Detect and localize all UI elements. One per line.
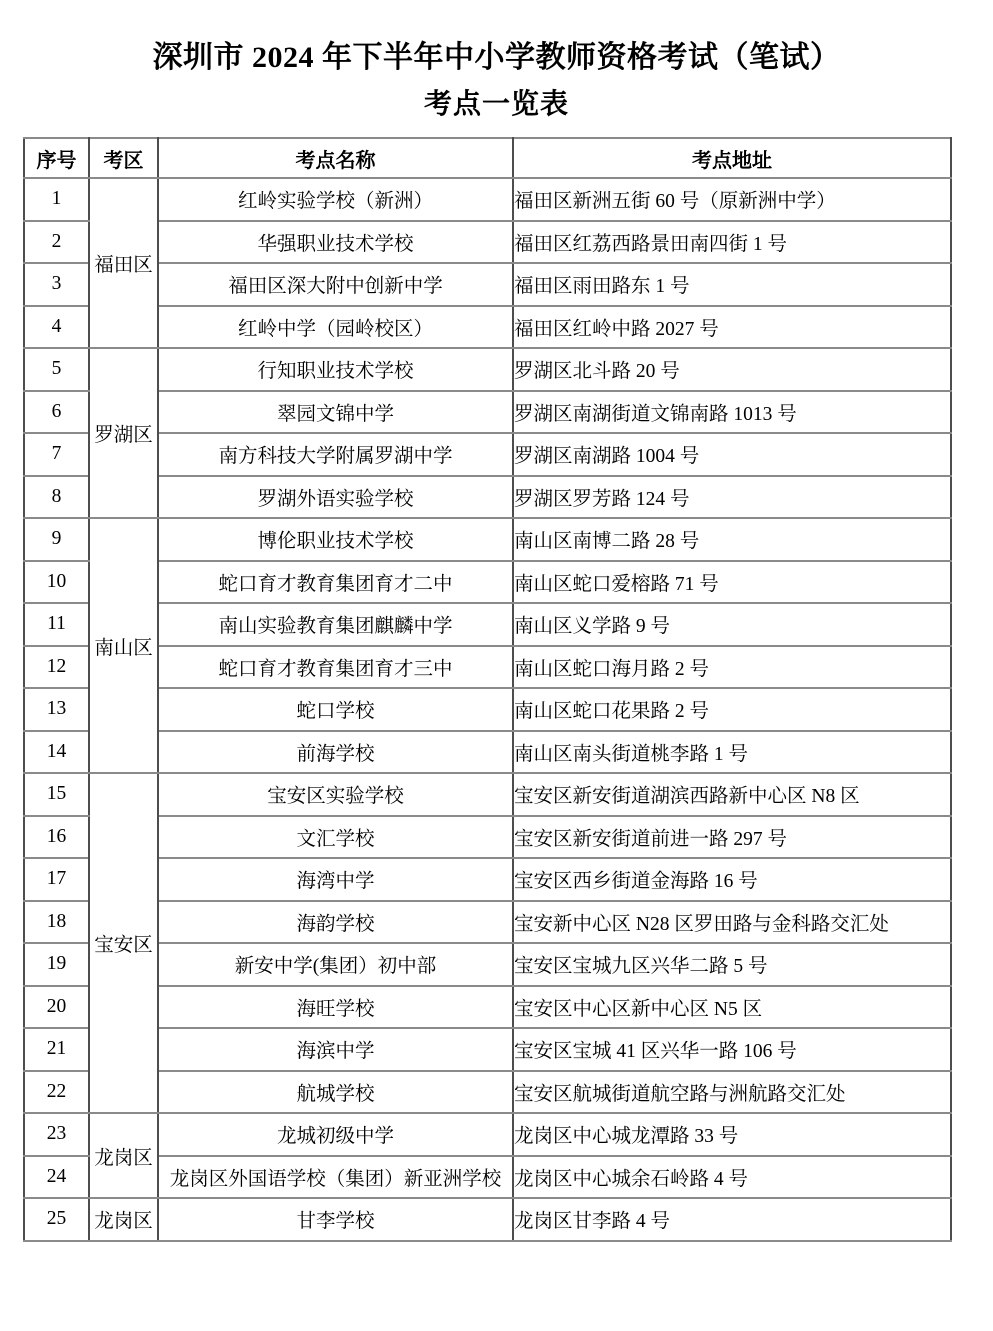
- row-number-cell: 11: [24, 603, 89, 646]
- table-row: 23龙岗区龙城初级中学龙岗区中心城龙潭路 33 号: [24, 1113, 951, 1156]
- row-number-cell: 5: [24, 348, 89, 391]
- site-name-cell: 行知职业技术学校: [158, 348, 513, 391]
- row-number-cell: 22: [24, 1071, 89, 1114]
- row-number-cell: 12: [24, 646, 89, 689]
- row-number-cell: 25: [24, 1198, 89, 1241]
- address-cell: 宝安区新安街道湖滨西路新中心区 N8 区: [513, 773, 951, 816]
- table-row: 10蛇口育才教育集团育才二中南山区蛇口爱榕路 71 号: [24, 561, 951, 604]
- site-name-cell: 航城学校: [158, 1071, 513, 1114]
- table-row: 5罗湖区行知职业技术学校罗湖区北斗路 20 号: [24, 348, 951, 391]
- site-name-cell: 前海学校: [158, 731, 513, 774]
- table-row: 6翠园文锦中学罗湖区南湖街道文锦南路 1013 号: [24, 391, 951, 434]
- table-row: 8罗湖外语实验学校罗湖区罗芳路 124 号: [24, 476, 951, 519]
- table-body: 1福田区红岭实验学校（新洲）福田区新洲五街 60 号（原新洲中学）2华强职业技术…: [24, 178, 951, 1241]
- table-row: 24龙岗区外国语学校（集团）新亚洲学校龙岗区中心城余石岭路 4 号: [24, 1156, 951, 1199]
- row-number-cell: 14: [24, 731, 89, 774]
- site-name-cell: 龙岗区外国语学校（集团）新亚洲学校: [158, 1156, 513, 1199]
- address-cell: 龙岗区中心城余石岭路 4 号: [513, 1156, 951, 1199]
- address-cell: 福田区红荔西路景田南四街 1 号: [513, 221, 951, 264]
- header-no: 序号: [24, 138, 89, 178]
- exam-sites-table: 序号 考区 考点名称 考点地址 1福田区红岭实验学校（新洲）福田区新洲五街 60…: [23, 137, 952, 1242]
- address-cell: 罗湖区罗芳路 124 号: [513, 476, 951, 519]
- site-name-cell: 博伦职业技术学校: [158, 518, 513, 561]
- district-cell: 福田区: [89, 178, 158, 348]
- site-name-cell: 海滨中学: [158, 1028, 513, 1071]
- site-name-cell: 福田区深大附中创新中学: [158, 263, 513, 306]
- row-number-cell: 6: [24, 391, 89, 434]
- table-row: 16文汇学校宝安区新安街道前进一路 297 号: [24, 816, 951, 859]
- address-cell: 福田区红岭中路 2027 号: [513, 306, 951, 349]
- address-cell: 宝安区中心区新中心区 N5 区: [513, 986, 951, 1029]
- row-number-cell: 19: [24, 943, 89, 986]
- row-number-cell: 17: [24, 858, 89, 901]
- site-name-cell: 新安中学(集团）初中部: [158, 943, 513, 986]
- address-cell: 罗湖区南湖街道文锦南路 1013 号: [513, 391, 951, 434]
- site-name-cell: 海旺学校: [158, 986, 513, 1029]
- address-cell: 宝安新中心区 N28 区罗田路与金科路交汇处: [513, 901, 951, 944]
- address-cell: 宝安区西乡街道金海路 16 号: [513, 858, 951, 901]
- site-name-cell: 翠园文锦中学: [158, 391, 513, 434]
- table-row: 4红岭中学（园岭校区）福田区红岭中路 2027 号: [24, 306, 951, 349]
- site-name-cell: 罗湖外语实验学校: [158, 476, 513, 519]
- header-district: 考区: [89, 138, 158, 178]
- row-number-cell: 2: [24, 221, 89, 264]
- table-row: 19新安中学(集团）初中部宝安区宝城九区兴华二路 5 号: [24, 943, 951, 986]
- table-row: 14前海学校南山区南头街道桃李路 1 号: [24, 731, 951, 774]
- row-number-cell: 9: [24, 518, 89, 561]
- table-row: 7南方科技大学附属罗湖中学罗湖区南湖路 1004 号: [24, 433, 951, 476]
- table-row: 9南山区博伦职业技术学校南山区南博二路 28 号: [24, 518, 951, 561]
- table-row: 17海湾中学宝安区西乡街道金海路 16 号: [24, 858, 951, 901]
- table-row: 11南山实验教育集团麒麟中学南山区义学路 9 号: [24, 603, 951, 646]
- header-row: 序号 考区 考点名称 考点地址: [24, 138, 951, 178]
- site-name-cell: 蛇口学校: [158, 688, 513, 731]
- table-row: 12蛇口育才教育集团育才三中南山区蛇口海月路 2 号: [24, 646, 951, 689]
- site-name-cell: 海湾中学: [158, 858, 513, 901]
- district-cell: 罗湖区: [89, 348, 158, 518]
- table-row: 25龙岗区甘李学校龙岗区甘李路 4 号: [24, 1198, 951, 1241]
- address-cell: 龙岗区甘李路 4 号: [513, 1198, 951, 1241]
- table-row: 1福田区红岭实验学校（新洲）福田区新洲五街 60 号（原新洲中学）: [24, 178, 951, 221]
- district-cell: 南山区: [89, 518, 158, 773]
- address-cell: 宝安区新安街道前进一路 297 号: [513, 816, 951, 859]
- address-cell: 南山区南博二路 28 号: [513, 518, 951, 561]
- site-name-cell: 龙城初级中学: [158, 1113, 513, 1156]
- row-number-cell: 1: [24, 178, 89, 221]
- address-cell: 南山区义学路 9 号: [513, 603, 951, 646]
- row-number-cell: 10: [24, 561, 89, 604]
- table-row: 21海滨中学宝安区宝城 41 区兴华一路 106 号: [24, 1028, 951, 1071]
- district-cell: 龙岗区: [89, 1198, 158, 1241]
- address-cell: 宝安区宝城九区兴华二路 5 号: [513, 943, 951, 986]
- address-cell: 龙岗区中心城龙潭路 33 号: [513, 1113, 951, 1156]
- site-name-cell: 华强职业技术学校: [158, 221, 513, 264]
- document-page: 深圳市 2024 年下半年中小学教师资格考试（笔试） 考点一览表 序号 考区 考…: [0, 0, 993, 1331]
- row-number-cell: 24: [24, 1156, 89, 1199]
- table-row: 22航城学校宝安区航城街道航空路与洲航路交汇处: [24, 1071, 951, 1114]
- row-number-cell: 21: [24, 1028, 89, 1071]
- row-number-cell: 15: [24, 773, 89, 816]
- district-cell: 宝安区: [89, 773, 158, 1113]
- table-row: 15宝安区宝安区实验学校宝安区新安街道湖滨西路新中心区 N8 区: [24, 773, 951, 816]
- site-name-cell: 文汇学校: [158, 816, 513, 859]
- address-cell: 罗湖区北斗路 20 号: [513, 348, 951, 391]
- table-row: 13蛇口学校南山区蛇口花果路 2 号: [24, 688, 951, 731]
- table-row: 3福田区深大附中创新中学福田区雨田路东 1 号: [24, 263, 951, 306]
- row-number-cell: 8: [24, 476, 89, 519]
- site-name-cell: 南山实验教育集团麒麟中学: [158, 603, 513, 646]
- row-number-cell: 7: [24, 433, 89, 476]
- site-name-cell: 甘李学校: [158, 1198, 513, 1241]
- site-name-cell: 宝安区实验学校: [158, 773, 513, 816]
- address-cell: 宝安区宝城 41 区兴华一路 106 号: [513, 1028, 951, 1071]
- address-cell: 南山区蛇口花果路 2 号: [513, 688, 951, 731]
- table-row: 20海旺学校宝安区中心区新中心区 N5 区: [24, 986, 951, 1029]
- address-cell: 福田区雨田路东 1 号: [513, 263, 951, 306]
- page-title: 深圳市 2024 年下半年中小学教师资格考试（笔试）: [0, 40, 993, 76]
- district-cell: 龙岗区: [89, 1113, 158, 1198]
- site-name-cell: 红岭中学（园岭校区）: [158, 306, 513, 349]
- row-number-cell: 3: [24, 263, 89, 306]
- table-row: 18海韵学校宝安新中心区 N28 区罗田路与金科路交汇处: [24, 901, 951, 944]
- site-name-cell: 蛇口育才教育集团育才三中: [158, 646, 513, 689]
- row-number-cell: 4: [24, 306, 89, 349]
- site-name-cell: 南方科技大学附属罗湖中学: [158, 433, 513, 476]
- header-site: 考点名称: [158, 138, 513, 178]
- row-number-cell: 23: [24, 1113, 89, 1156]
- address-cell: 罗湖区南湖路 1004 号: [513, 433, 951, 476]
- address-cell: 南山区蛇口海月路 2 号: [513, 646, 951, 689]
- page-subtitle: 考点一览表: [0, 88, 993, 122]
- row-number-cell: 13: [24, 688, 89, 731]
- row-number-cell: 18: [24, 901, 89, 944]
- address-cell: 福田区新洲五街 60 号（原新洲中学）: [513, 178, 951, 221]
- row-number-cell: 20: [24, 986, 89, 1029]
- address-cell: 南山区南头街道桃李路 1 号: [513, 731, 951, 774]
- site-name-cell: 蛇口育才教育集团育才二中: [158, 561, 513, 604]
- site-name-cell: 红岭实验学校（新洲）: [158, 178, 513, 221]
- address-cell: 宝安区航城街道航空路与洲航路交汇处: [513, 1071, 951, 1114]
- table-row: 2华强职业技术学校福田区红荔西路景田南四街 1 号: [24, 221, 951, 264]
- address-cell: 南山区蛇口爱榕路 71 号: [513, 561, 951, 604]
- row-number-cell: 16: [24, 816, 89, 859]
- site-name-cell: 海韵学校: [158, 901, 513, 944]
- header-address: 考点地址: [513, 138, 951, 178]
